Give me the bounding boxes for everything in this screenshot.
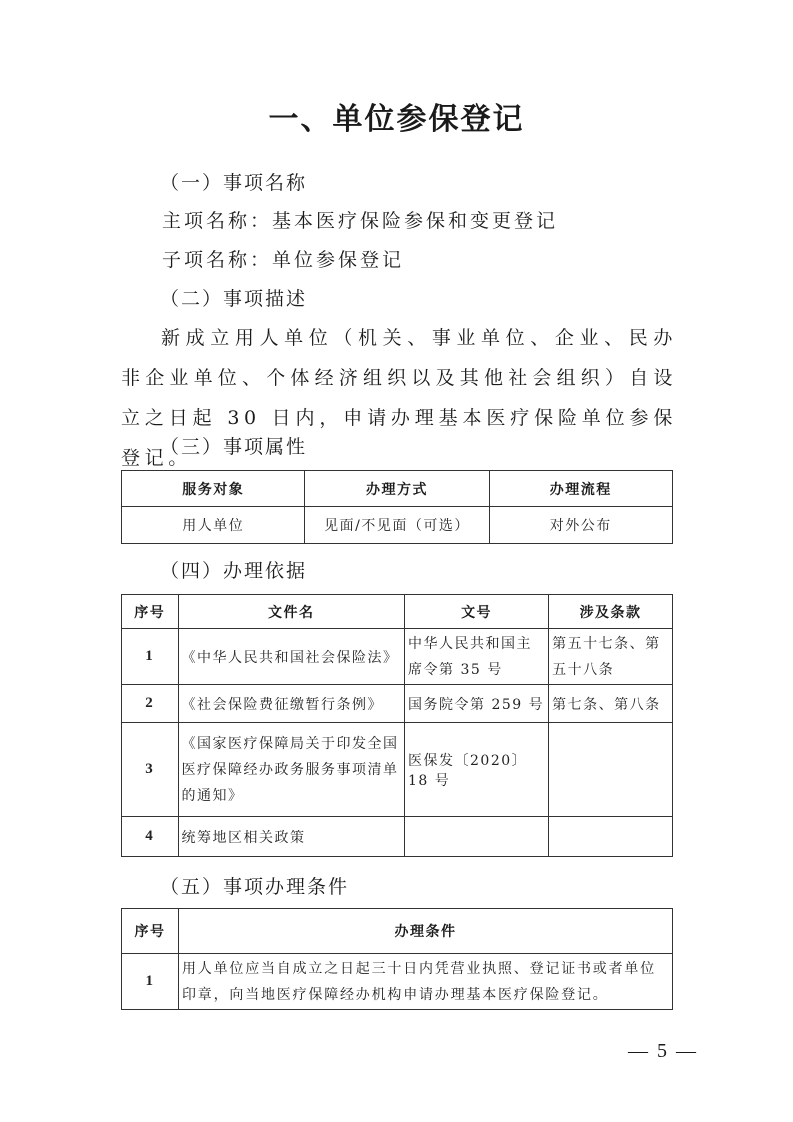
table-row: 2 《社会保险费征缴暂行条例》 国务院令第 259 号 第七条、第八条	[122, 685, 673, 723]
header-condition: 办理条件	[179, 909, 673, 954]
header-service-target: 服务对象	[122, 471, 305, 507]
section-heading-item-name: （一）事项名称	[160, 168, 307, 195]
row-document-name: 《社会保险费征缴暂行条例》	[178, 685, 404, 723]
cell-service-target: 用人单位	[122, 507, 305, 544]
row-no: 2	[122, 685, 179, 723]
header-document-number: 文号	[405, 595, 549, 629]
row-document-name: 《国家医疗保障局关于印发全国医疗保障经办政务服务事项清单的通知》	[178, 723, 404, 817]
row-document-name: 统筹地区相关政策	[178, 817, 404, 857]
sub-item-name: 子项名称：单位参保登记	[162, 245, 404, 272]
header-clauses: 涉及条款	[549, 595, 673, 629]
main-item-name: 主项名称：基本医疗保险参保和变更登记	[162, 206, 558, 233]
row-document-number: 国务院令第 259 号	[405, 685, 549, 723]
row-clauses	[549, 723, 673, 817]
section-heading-attributes: （三）事项属性	[160, 432, 307, 459]
table-row: 4 统筹地区相关政策	[122, 817, 673, 857]
row-document-number	[405, 817, 549, 857]
table-row: 1 用人单位应当自成立之日起三十日内凭营业执照、登记证书或者单位印章，向当地医疗…	[122, 954, 673, 1010]
row-no: 1	[122, 954, 179, 1010]
section-heading-description: （二）事项描述	[160, 284, 307, 311]
row-no: 1	[122, 629, 179, 685]
section-heading-conditions: （五）事项办理条件	[160, 872, 349, 899]
row-document-name: 《中华人民共和国社会保险法》	[178, 629, 404, 685]
header-handling-process: 办理流程	[489, 471, 672, 507]
row-no: 4	[122, 817, 179, 857]
section-heading-basis: （四）办理依据	[160, 556, 307, 583]
header-handling-method: 办理方式	[305, 471, 489, 507]
page-title: 一、单位参保登记	[0, 94, 793, 138]
row-no: 3	[122, 723, 179, 817]
page-number: — 5 —	[628, 1040, 698, 1063]
row-document-number: 医保发〔2020〕18 号	[405, 723, 549, 817]
basis-table: 序号 文件名 文号 涉及条款 1 《中华人民共和国社会保险法》 中华人民共和国主…	[121, 594, 673, 857]
cell-handling-method: 见面/不见面（可选）	[305, 507, 489, 544]
header-no: 序号	[122, 909, 179, 954]
table-row: 3 《国家医疗保障局关于印发全国医疗保障经办政务服务事项清单的通知》 医保发〔2…	[122, 723, 673, 817]
table-row: 1 《中华人民共和国社会保险法》 中华人民共和国主席令第 35 号 第五十七条、…	[122, 629, 673, 685]
row-clauses: 第七条、第八条	[549, 685, 673, 723]
row-condition: 用人单位应当自成立之日起三十日内凭营业执照、登记证书或者单位印章，向当地医疗保障…	[179, 954, 673, 1010]
row-document-number: 中华人民共和国主席令第 35 号	[405, 629, 549, 685]
row-clauses	[549, 817, 673, 857]
header-no: 序号	[122, 595, 179, 629]
attributes-table: 服务对象 办理方式 办理流程 用人单位 见面/不见面（可选） 对外公布	[121, 470, 673, 544]
conditions-table: 序号 办理条件 1 用人单位应当自成立之日起三十日内凭营业执照、登记证书或者单位…	[121, 908, 673, 1010]
row-clauses: 第五十七条、第五十八条	[549, 629, 673, 685]
cell-handling-process: 对外公布	[489, 507, 672, 544]
header-document-name: 文件名	[178, 595, 404, 629]
